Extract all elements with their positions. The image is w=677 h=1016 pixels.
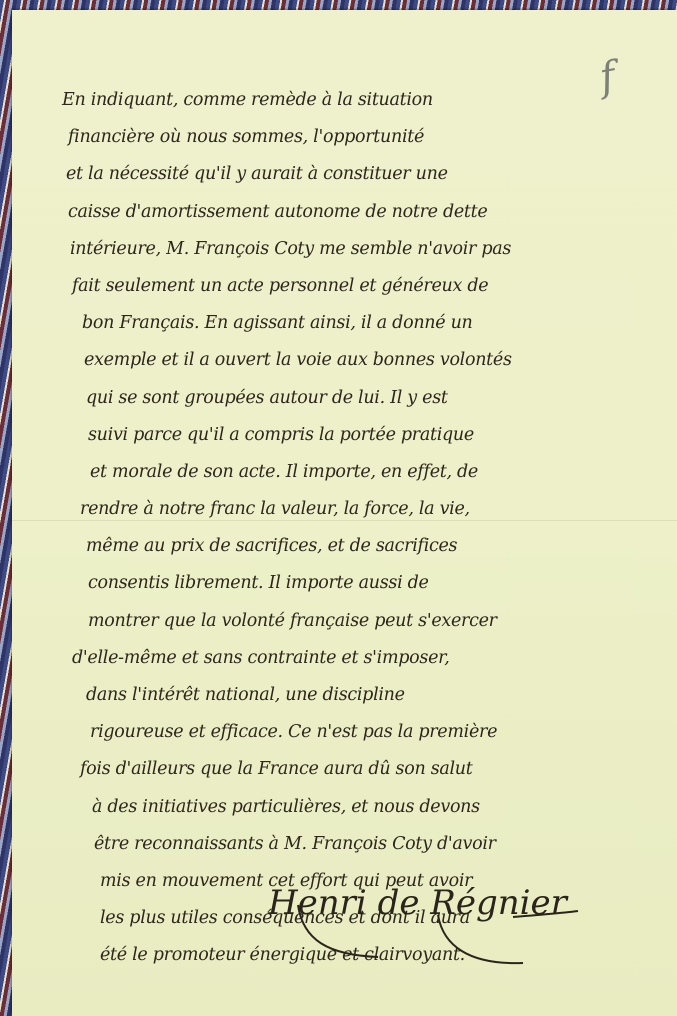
letter-line: fait seulement un acte personnel et géné…: [60, 268, 672, 305]
letter-line: intérieure, M. François Coty me semble n…: [60, 231, 672, 268]
letter-line: d'elle-même et sans contrainte et s'impo…: [60, 640, 672, 677]
letter-line: rendre à notre franc la valeur, la force…: [60, 491, 672, 528]
signature-flourish-icon: [268, 895, 588, 975]
letter-line: à des initiatives particulières, et nous…: [60, 789, 672, 826]
letter-line: et la nécessité qu'il y aurait à constit…: [60, 156, 672, 193]
letter-line: consentis librement. Il importe aussi de: [60, 565, 672, 602]
letter-line: caisse d'amortissement autonome de notre…: [60, 194, 672, 231]
letter-line: qui se sont groupées autour de lui. Il y…: [60, 380, 672, 417]
letter-line: bon Français. En agissant ainsi, il a do…: [60, 305, 672, 342]
letter-line: fois d'ailleurs que la France aura dû so…: [60, 751, 672, 788]
letter-line: En indiquant, comme remède à la situatio…: [60, 82, 672, 119]
letter-line: dans l'intérêt national, une discipline: [60, 677, 672, 714]
letter-line: être reconnaissants à M. François Coty d…: [60, 826, 672, 863]
letter-line: exemple et il a ouvert la voie aux bonne…: [60, 342, 672, 379]
letter-line: montrer que la volonté française peut s'…: [60, 603, 672, 640]
letter-line: et morale de son acte. Il importe, en ef…: [60, 454, 672, 491]
letter-line: suivi parce qu'il a compris la portée pr…: [60, 417, 672, 454]
letter-line: financière où nous sommes, l'opportunité: [60, 119, 672, 156]
letter-line: même au prix de sacrifices, et de sacrif…: [60, 528, 672, 565]
letter-body: En indiquant, comme remède à la situatio…: [60, 82, 672, 975]
letter-line: rigoureuse et efficace. Ce n'est pas la …: [60, 714, 672, 751]
